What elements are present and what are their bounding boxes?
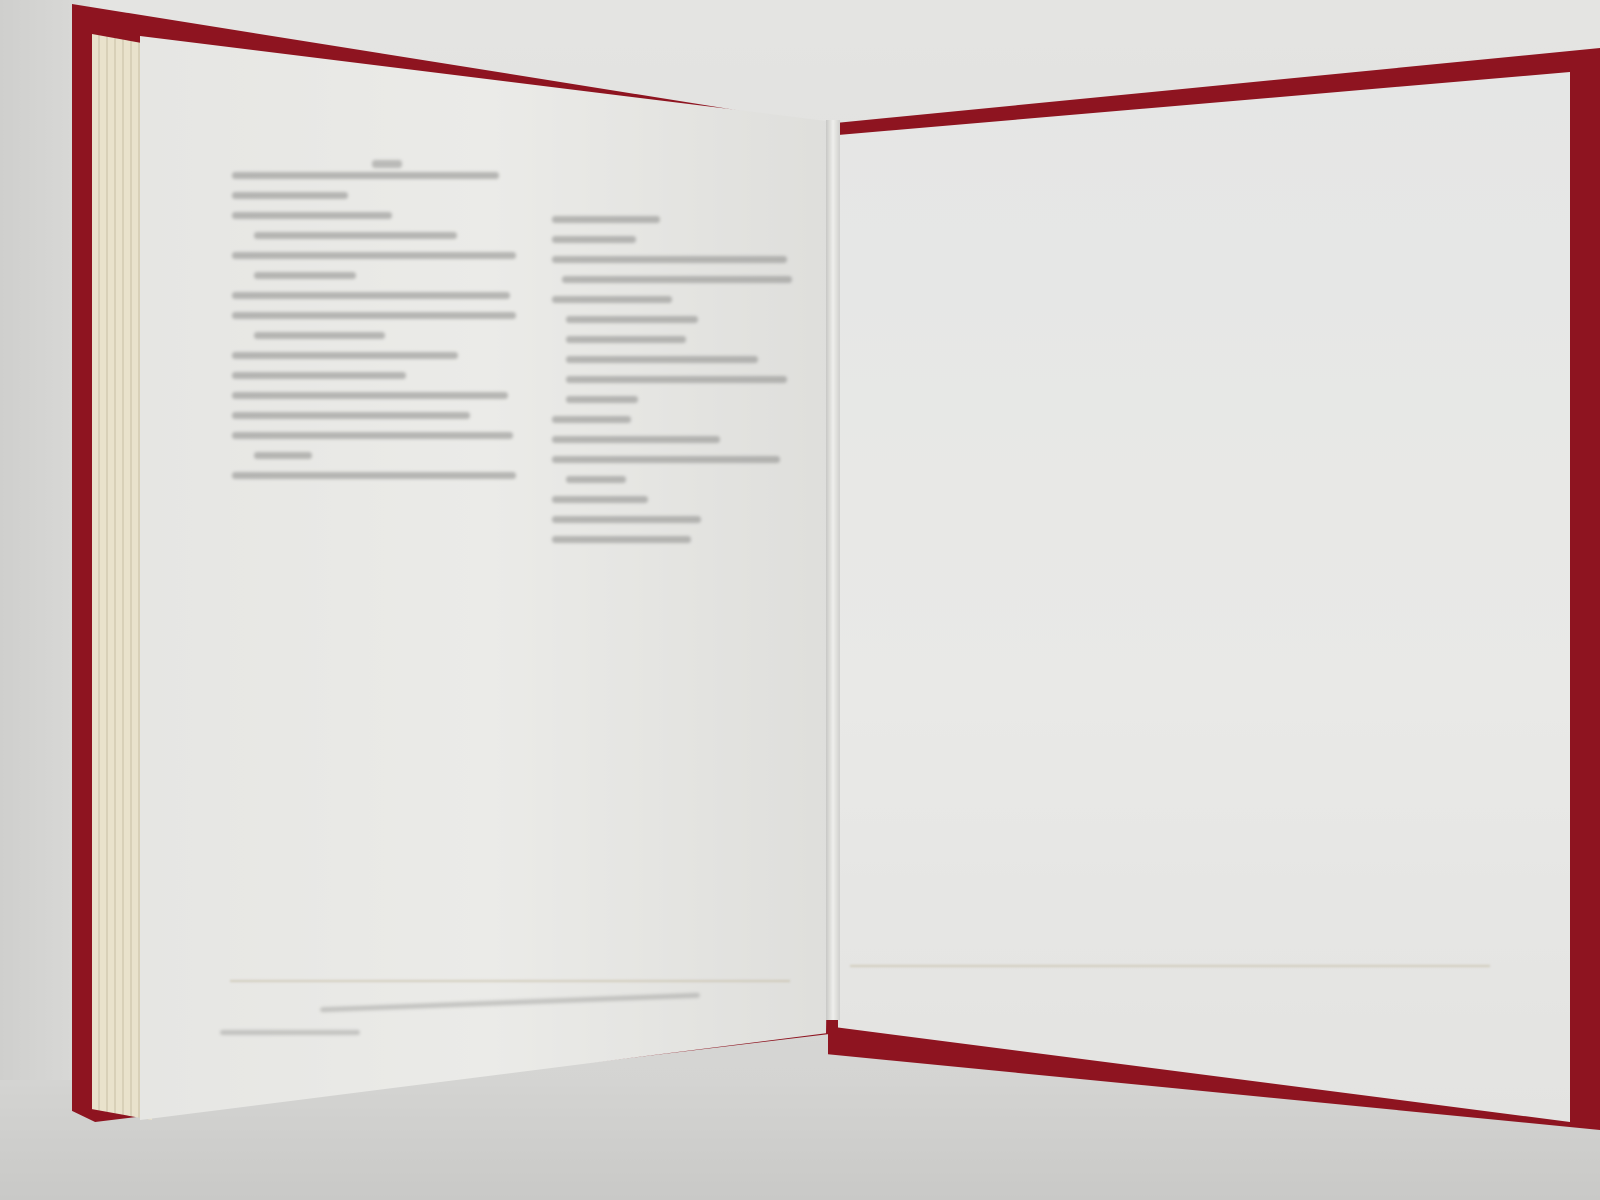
water-stain-left (230, 940, 790, 982)
water-stain-right (850, 945, 1490, 967)
footer-line-2 (220, 1030, 360, 1035)
text-column-2 (552, 216, 792, 556)
text-column-1 (232, 172, 522, 492)
book-gutter (826, 120, 840, 1020)
page-heading (372, 160, 402, 168)
